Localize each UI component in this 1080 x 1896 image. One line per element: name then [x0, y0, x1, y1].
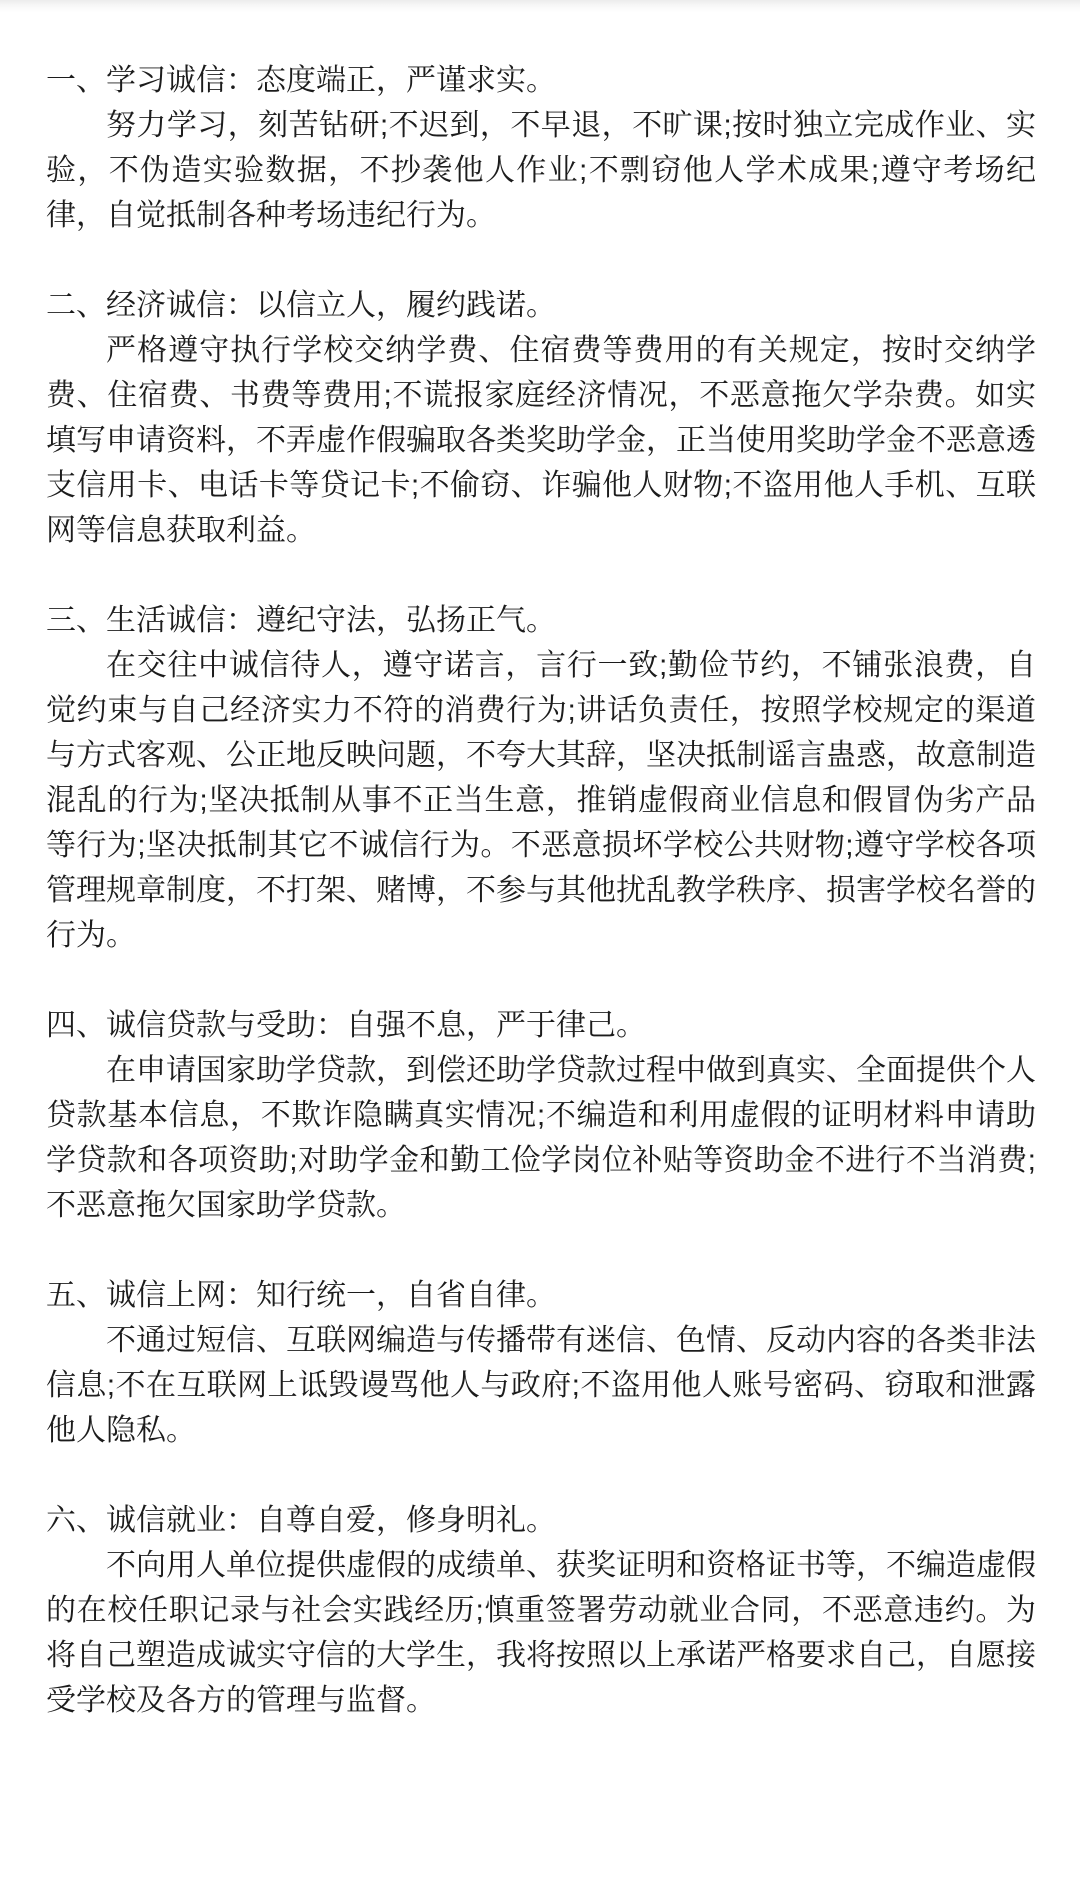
section-body: 在交往中诚信待人，遵守诺言，言行一致;勤俭节约，不铺张浪费，自觉约束与自己经济实… — [46, 643, 1036, 958]
section-internet-integrity: 五、诚信上网：知行统一，自省自律。 不通过短信、互联网编造与传播带有迷信、色情、… — [46, 1273, 1036, 1453]
section-heading: 二、经济诚信：以信立人，履约践诺。 — [46, 283, 1036, 328]
section-body: 严格遵守执行学校交纳学费、住宿费等费用的有关规定，按时交纳学费、住宿费、书费等费… — [46, 328, 1036, 553]
section-heading: 一、学习诚信：态度端正，严谨求实。 — [46, 58, 1036, 103]
document-page: 一、学习诚信：态度端正，严谨求实。 努力学习，刻苦钻研;不迟到，不早退，不旷课;… — [0, 0, 1080, 1896]
section-heading: 五、诚信上网：知行统一，自省自律。 — [46, 1273, 1036, 1318]
section-body: 努力学习，刻苦钻研;不迟到，不早退，不旷课;按时独立完成作业、实验，不伪造实验数… — [46, 103, 1036, 238]
document-content: 一、学习诚信：态度端正，严谨求实。 努力学习，刻苦钻研;不迟到，不早退，不旷课;… — [0, 12, 1080, 1723]
section-loan-integrity: 四、诚信贷款与受助：自强不息，严于律己。 在申请国家助学贷款，到偿还助学贷款过程… — [46, 1003, 1036, 1228]
section-employment-integrity: 六、诚信就业：自尊自爱，修身明礼。 不向用人单位提供虚假的成绩单、获奖证明和资格… — [46, 1498, 1036, 1723]
section-heading: 四、诚信贷款与受助：自强不息，严于律己。 — [46, 1003, 1036, 1048]
section-body: 不向用人单位提供虚假的成绩单、获奖证明和资格证书等，不编造虚假的在校任职记录与社… — [46, 1543, 1036, 1723]
section-economic-integrity: 二、经济诚信：以信立人，履约践诺。 严格遵守执行学校交纳学费、住宿费等费用的有关… — [46, 283, 1036, 553]
section-life-integrity: 三、生活诚信：遵纪守法，弘扬正气。 在交往中诚信待人，遵守诺言，言行一致;勤俭节… — [46, 598, 1036, 958]
section-body: 在申请国家助学贷款，到偿还助学贷款过程中做到真实、全面提供个人贷款基本信息，不欺… — [46, 1048, 1036, 1228]
section-study-integrity: 一、学习诚信：态度端正，严谨求实。 努力学习，刻苦钻研;不迟到，不早退，不旷课;… — [46, 58, 1036, 238]
page-top-edge — [0, 0, 1080, 12]
section-body: 不通过短信、互联网编造与传播带有迷信、色情、反动内容的各类非法信息;不在互联网上… — [46, 1318, 1036, 1453]
section-heading: 三、生活诚信：遵纪守法，弘扬正气。 — [46, 598, 1036, 643]
section-heading: 六、诚信就业：自尊自爱，修身明礼。 — [46, 1498, 1036, 1543]
